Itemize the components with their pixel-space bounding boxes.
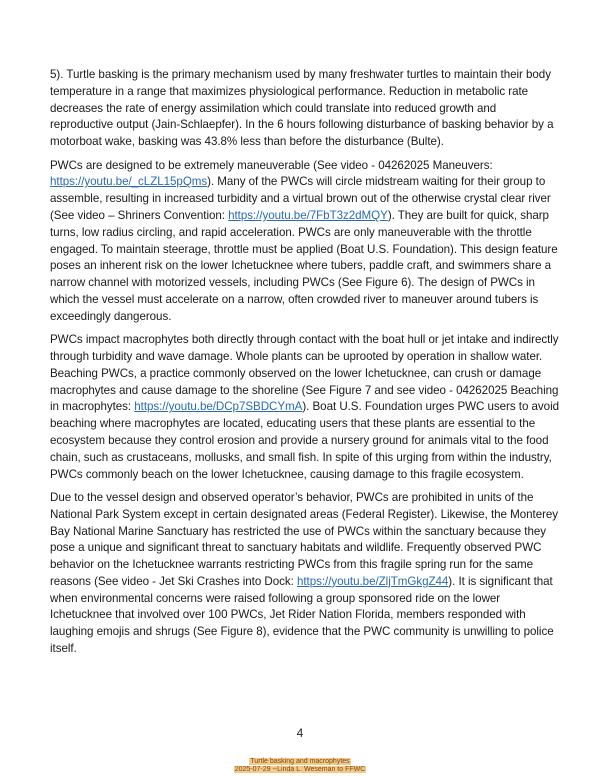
paragraph-macrophytes: PWCs impact macrophytes both directly th…	[50, 332, 560, 483]
annotation-stamp: Turtle basking and macrophytes 2025-07-2…	[0, 758, 600, 774]
paragraph-regulation: Due to the vessel design and observed op…	[50, 490, 560, 658]
document-page: 5). Turtle basking is the primary mechan…	[0, 0, 600, 776]
page-number: 4	[0, 726, 600, 740]
stamp-line-author: 2025-07-29 --Linda L. Weseman to FFWC	[234, 766, 367, 773]
paragraph-turtle-basking: 5). Turtle basking is the primary mechan…	[50, 67, 560, 151]
video-link-maneuvers[interactable]: https://youtu.be/_cLZL15pQms	[50, 175, 207, 188]
paragraph-text: Due to the vessel design and observed op…	[50, 491, 558, 588]
body-text: 5). Turtle basking is the primary mechan…	[50, 67, 560, 664]
paragraph-text: 5). Turtle basking is the primary mechan…	[50, 68, 554, 148]
video-link-shriners-convention[interactable]: https://youtu.be/7FbT3z2dMQY	[228, 209, 388, 222]
paragraph-text: ). They are built for quick, sharp turns…	[50, 209, 558, 323]
paragraph-text: PWCs are designed to be extremely maneuv…	[50, 159, 493, 172]
stamp-line-title: Turtle basking and macrophytes	[249, 758, 350, 765]
video-link-beaching[interactable]: https://youtu.be/DCp7SBDCYmA	[134, 400, 302, 413]
paragraph-pwc-maneuverability: PWCs are designed to be extremely maneuv…	[50, 158, 560, 326]
video-link-dock-crash[interactable]: https://youtu.be/ZljTmGkgZ44	[297, 575, 448, 588]
